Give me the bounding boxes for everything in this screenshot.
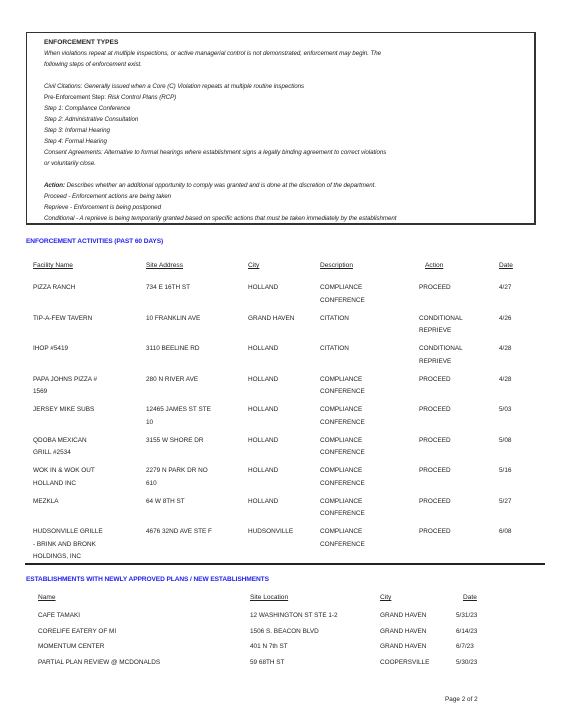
action-cell: PROCEED [419,496,489,509]
site-address-cell: 4676 32ND AVE STE F [146,526,238,539]
city-cell: GRAND HAVEN [380,612,426,619]
column-header-action: Action [425,262,495,269]
site-address-cell: 64 W 8TH ST [146,496,238,509]
new-establishments-table: Name Site Location City Date CAFE TAMAKI… [38,594,508,672]
pre-enforcement-value: Risk Control Plans (RCP) [108,94,177,101]
description-cell: COMPLIANCE CONFERENCE [320,465,400,490]
column-header-date: Date [463,594,477,601]
city-cell: HOLLAND [248,435,318,448]
pre-enforcement-line: Pre-Enforcement Step: Risk Control Plans… [44,92,534,103]
intro-line-1: When violations repeat at multiple inspe… [44,48,534,59]
step-2-line: Step 2: Administrative Consultation [44,114,534,125]
site-location-cell: 401 N 7th ST [250,643,288,650]
column-header-description: Description [320,262,400,269]
facility-name-cell: TIP-A-FEW TAVERN [33,313,138,326]
city-cell: HOLLAND [248,404,318,417]
facility-name-cell: PIZZA RANCH [33,282,138,295]
facility-name-cell: JERSEY MIKE SUBS [33,404,138,417]
reprieve-definition: Reprieve - Enforcement is being postpone… [44,202,534,213]
column-header-city: City [248,262,318,269]
facility-name-cell: PAPA JOHNS PIZZA # 1569 [33,374,138,399]
action-cell: PROCEED [419,374,489,387]
table-header: Facility Name Site Address City Descript… [33,260,543,282]
action-cell: CONDITIONAL REPRIEVE [419,343,489,368]
name-cell: CAFE TAMAKI [38,612,80,619]
civil-citations-line: Civil Citations: Generally issued when a… [44,81,534,92]
enforcement-types-title: ENFORCEMENT TYPES [44,37,534,48]
step-4-line: Step 4: Formal Hearing [44,136,534,147]
table-row: PIZZA RANCH734 E 16TH STHOLLANDCOMPLIANC… [33,282,543,313]
site-address-cell: 734 E 16TH ST [146,282,238,295]
date-cell: 4/28 [499,374,529,387]
description-cell: COMPLIANCE CONFERENCE [320,526,400,551]
date-cell: 5/27 [499,496,529,509]
column-header-city: City [380,594,391,601]
column-header-date: Date [499,262,529,269]
site-address-cell: 12465 JAMES ST STE 10 [146,404,238,429]
table-row: WOK IN & WOK OUT HOLLAND INC2279 N PARK … [33,465,543,496]
table-body: PIZZA RANCH734 E 16TH STHOLLANDCOMPLIANC… [33,282,543,566]
table-row: IHOP #54193110 BEELINE RDHOLLANDCITATION… [33,343,543,374]
proceed-definition: Proceed - Enforcement actions are being … [44,191,534,202]
site-location-cell: 59 68TH ST [250,659,284,666]
date-cell: 5/30/23 [456,659,477,666]
facility-name-cell: HUDSONVILLE GRILLE - BRINK AND BRONK HOL… [33,526,138,564]
date-cell: 5/31/23 [456,612,477,619]
date-cell: 4/26 [499,313,529,326]
intro-line-2: following steps of enforcement exist. [44,59,534,70]
page-number: Page 2 of 2 [445,696,478,703]
site-address-cell: 3155 W SHORE DR [146,435,238,448]
pre-enforcement-label: Pre-Enforcement Step: [44,94,108,101]
date-cell: 6/7/23 [456,643,474,650]
description-cell: COMPLIANCE CONFERENCE [320,404,400,429]
table-row: PARTIAL PLAN REVIEW @ MCDONALDS59 68TH S… [38,657,508,673]
facility-name-cell: MEZKLA [33,496,138,509]
new-establishments-heading: ESTABLISHMENTS WITH NEWLY APPROVED PLANS… [26,576,269,583]
facility-name-cell: IHOP #5419 [33,343,138,356]
city-cell: GRAND HAVEN [380,643,426,650]
site-address-cell: 10 FRANKLIN AVE [146,313,238,326]
city-cell: HOLLAND [248,343,318,356]
city-cell: HOLLAND [248,465,318,478]
column-header-name: Name [38,594,56,601]
site-location-cell: 1506 S. BEACON BLVD [250,628,319,635]
site-location-cell: 12 WASHINGTON ST STE 1-2 [250,612,338,619]
action-cell: PROCEED [419,404,489,417]
action-line: Action: Describes whether an additional … [44,180,534,191]
facility-name-cell: WOK IN & WOK OUT HOLLAND INC [33,465,138,490]
site-address-cell: 280 N RIVER AVE [146,374,238,387]
description-cell: COMPLIANCE CONFERENCE [320,282,400,307]
date-cell: 5/08 [499,435,529,448]
column-header-site-location: Site Location [250,594,288,601]
date-cell: 4/27 [499,282,529,295]
table-row: CAFE TAMAKI12 WASHINGTON ST STE 1-2GRAND… [38,610,508,626]
facility-name-cell: QDOBA MEXICAN GRILL #2534 [33,435,138,460]
step-1-line: Step 1: Compliance Conference [44,103,534,114]
table-row: CORELIFE EATERY OF MI1506 S. BEACON BLVD… [38,626,508,642]
city-cell: HOLLAND [248,374,318,387]
description-cell: COMPLIANCE CONFERENCE [320,435,400,460]
action-label: Action: [44,182,65,189]
name-cell: PARTIAL PLAN REVIEW @ MCDONALDS [38,659,160,666]
site-address-cell: 2279 N PARK DR NO 610 [146,465,238,490]
date-cell: 4/28 [499,343,529,356]
action-cell: PROCEED [419,465,489,478]
table-row: QDOBA MEXICAN GRILL #25343155 W SHORE DR… [33,435,543,466]
column-header-site-address: Site Address [146,262,238,269]
date-cell: 6/08 [499,526,529,539]
site-address-cell: 3110 BEELINE RD [146,343,238,356]
table-row: JERSEY MIKE SUBS12465 JAMES ST STE 10HOL… [33,404,543,435]
consent-line-1: Consent Agreements: Alternative to forma… [44,147,534,158]
table-row: PAPA JOHNS PIZZA # 1569280 N RIVER AVEHO… [33,374,543,405]
date-cell: 5/16 [499,465,529,478]
action-cell: PROCEED [419,435,489,448]
name-cell: CORELIFE EATERY OF MI [38,628,116,635]
step-3-line: Step 3: Informal Hearing [44,125,534,136]
table-row: MOMENTUM CENTER401 N 7th STGRAND HAVEN6/… [38,641,508,657]
description-cell: CITATION [320,313,400,326]
table-row: TIP-A-FEW TAVERN10 FRANKLIN AVEGRAND HAV… [33,313,543,344]
table-row: MEZKLA64 W 8TH STHOLLANDCOMPLIANCE CONFE… [33,496,543,527]
date-cell: 5/03 [499,404,529,417]
action-cell: CONDITIONAL REPRIEVE [419,313,489,338]
description-cell: COMPLIANCE CONFERENCE [320,374,400,399]
date-cell: 6/14/23 [456,628,477,635]
table-body: CAFE TAMAKI12 WASHINGTON ST STE 1-2GRAND… [38,610,508,672]
enforcement-activities-heading: ENFORCEMENT ACTIVITIES (PAST 60 DAYS) [26,238,163,245]
column-header-facility-name: Facility Name [33,262,138,269]
section-divider [25,563,545,565]
city-cell: HOLLAND [248,496,318,509]
action-description: Describes whether an additional opportun… [65,182,376,189]
action-cell: PROCEED [419,282,489,295]
table-header: Name Site Location City Date [38,594,508,610]
enforcement-activities-table: Facility Name Site Address City Descript… [33,260,543,566]
conditional-definition: Conditional - A reprieve is being tempor… [44,213,534,224]
consent-line-2: or voluntarily close. [44,158,534,169]
action-cell: PROCEED [419,526,489,539]
name-cell: MOMENTUM CENTER [38,643,104,650]
enforcement-types-box: ENFORCEMENT TYPES When violations repeat… [26,32,536,225]
city-cell: HUDSONVILLE [248,526,318,539]
description-cell: CITATION [320,343,400,356]
table-row: HUDSONVILLE GRILLE - BRINK AND BRONK HOL… [33,526,543,566]
description-cell: COMPLIANCE CONFERENCE [320,496,400,521]
city-cell: HOLLAND [248,282,318,295]
city-cell: GRAND HAVEN [380,628,426,635]
city-cell: GRAND HAVEN [248,313,318,326]
city-cell: COOPERSVILLE [380,659,429,666]
